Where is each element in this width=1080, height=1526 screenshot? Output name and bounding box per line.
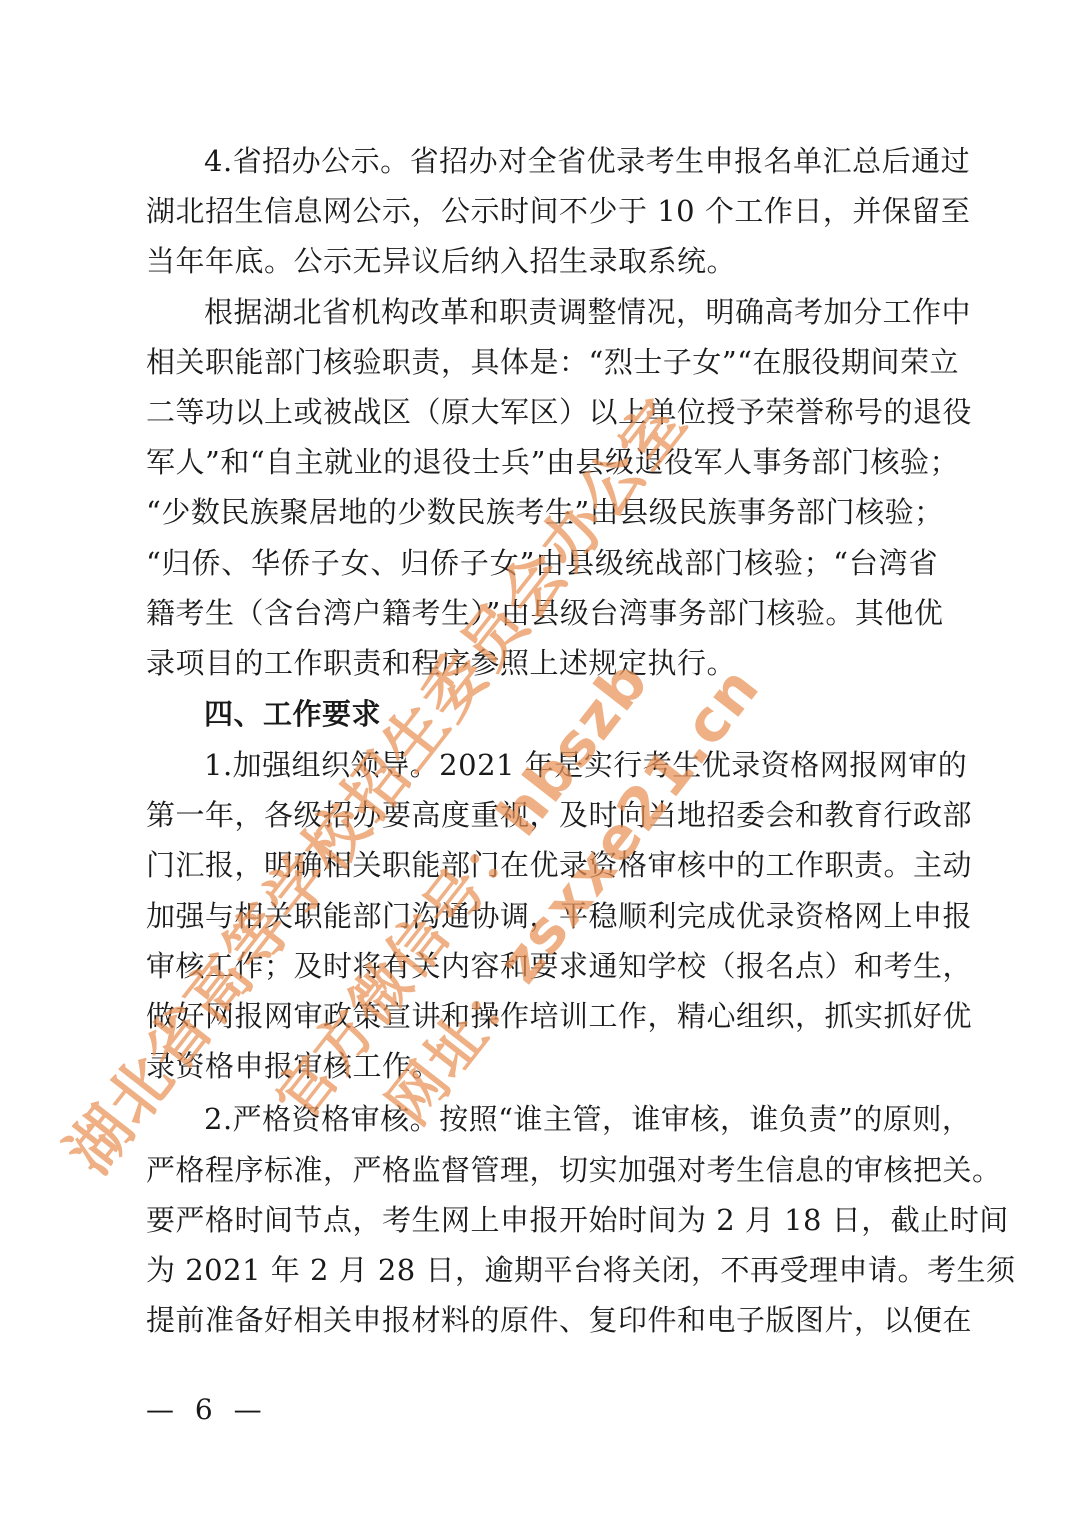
paragraph-line: 军人”和“自主就业的退役士兵”由县级退役军人事务部门核验； bbox=[146, 437, 938, 487]
paragraph-line: “归侨、华侨子女、归侨子女”由县级统战部门核验；“台湾省 bbox=[146, 538, 938, 588]
paragraph-line: 要严格时间节点，考生网上申报开始时间为 2 月 18 日，截止时间 bbox=[146, 1195, 938, 1245]
paragraph-line: 提前准备好相关申报材料的原件、复印件和电子版图片，以便在 bbox=[146, 1295, 938, 1345]
paragraph-line: 加强与相关职能部门沟通协调，平稳顺利完成优录资格网上申报 bbox=[146, 891, 938, 941]
paragraph-line: 根据湖北省机构改革和职责调整情况，明确高考加分工作中 bbox=[146, 287, 938, 337]
paragraph-line: 相关职能部门核验职责，具体是：“烈士子女”“在服役期间荣立 bbox=[146, 337, 938, 387]
paragraph-line: 湖北招生信息网公示，公示时间不少于 10 个工作日，并保留至 bbox=[146, 186, 938, 236]
paragraph-line: 录项目的工作职责和程序参照上述规定执行。 bbox=[146, 638, 938, 688]
paragraph-line: 二等功以上或被战区（原大军区）以上单位授予荣誉称号的退役 bbox=[146, 387, 938, 437]
paragraph-line: 2.严格资格审核。按照“谁主管，谁审核，谁负责”的原则， bbox=[146, 1094, 938, 1144]
section-heading: 四、工作要求 bbox=[146, 688, 938, 740]
paragraph-line: 1.加强组织领导。2021 年是实行考生优录资格网报网审的 bbox=[146, 740, 938, 790]
document-page: 4.省招办公示。省招办对全省优录考生申报名单汇总后通过 湖北招生信息网公示，公示… bbox=[0, 0, 1080, 1526]
paragraph-line: 为 2021 年 2 月 28 日，逾期平台将关闭，不再受理申请。考生须 bbox=[146, 1245, 938, 1295]
paragraph-line: 门汇报，明确相关职能部门在优录资格审核中的工作职责。主动 bbox=[146, 840, 938, 890]
paragraph-line: 籍考生（含台湾户籍考生）”由县级台湾事务部门核验。其他优 bbox=[146, 588, 938, 638]
paragraph-line: “少数民族聚居地的少数民族考生”由县级民族事务部门核验； bbox=[146, 487, 938, 537]
paragraph-line: 录资格申报审核工作。 bbox=[146, 1041, 938, 1091]
paragraph-line: 第一年，各级招办要高度重视，及时向当地招委会和教育行政部 bbox=[146, 790, 938, 840]
page-number: — 6 — bbox=[146, 1392, 268, 1428]
paragraph-line: 当年年底。公示无异议后纳入招生录取系统。 bbox=[146, 236, 938, 286]
paragraph-line: 做好网报网审政策宣讲和操作培训工作，精心组织，抓实抓好优 bbox=[146, 991, 938, 1041]
document-body: 4.省招办公示。省招办对全省优录考生申报名单汇总后通过 湖北招生信息网公示，公示… bbox=[146, 136, 938, 1345]
paragraph-line: 审核工作；及时将有关内容和要求通知学校（报名点）和考生， bbox=[146, 941, 938, 991]
paragraph-line: 严格程序标准，严格监督管理，切实加强对考生信息的审核把关。 bbox=[146, 1145, 938, 1195]
paragraph-line: 4.省招办公示。省招办对全省优录考生申报名单汇总后通过 bbox=[146, 136, 938, 186]
